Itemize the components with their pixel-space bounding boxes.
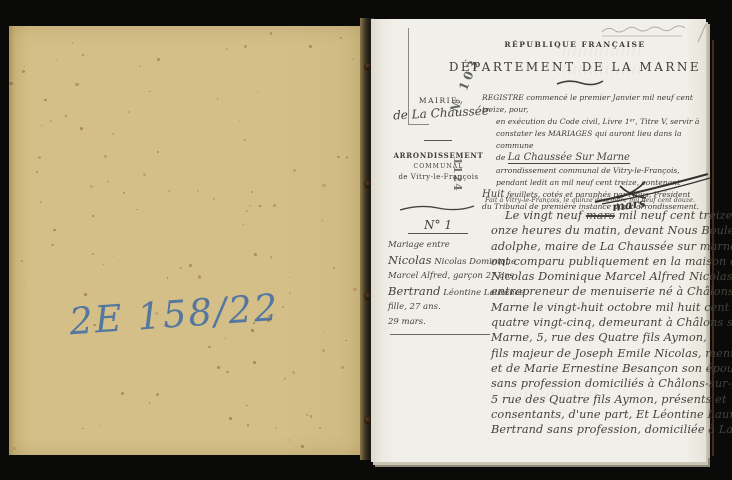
manuscript-line: onze heures du matin, devant Nous Boulet [491,223,723,238]
paper-speck [25,286,26,287]
paper-speck [224,338,225,339]
registre-line: constater les MARIAGES qui auront lieu d… [482,128,714,152]
paper-speck [275,427,277,429]
paper-speck [121,392,124,395]
paper-speck [38,156,41,159]
paper-speck [243,139,245,141]
paper-speck [341,366,344,369]
paper-speck [259,205,261,207]
paper-speck [128,111,130,113]
manuscript-line: fils majeur de Joseph Emile Nicolas, men… [491,346,723,361]
manuscript-line: sans profession domiciliés à Châlons-sur… [491,376,723,391]
paper-speck [99,425,100,426]
paper-speck [36,171,38,173]
paper-speck [157,151,159,153]
paper-speck [53,229,55,231]
paper-speck [104,155,107,158]
paper-speck [288,439,290,441]
paper-speck [157,58,160,61]
stitch-hole [364,62,371,70]
registre-printed-de: de [496,153,505,162]
manuscript-line: entrepreneur de menuiserie né à Châlons-… [491,284,723,299]
paper-speck [75,83,78,86]
paper-speck [156,393,159,396]
paper-speck [208,346,210,348]
paper-speck [65,115,67,117]
paper-speck [346,156,349,159]
paper-speck [84,293,86,295]
paper-speck [136,209,137,210]
paper-speck [24,66,25,67]
paper-speck [50,120,52,122]
paper-speck [322,184,325,187]
margin-note-line: Bertrand Léontine Laurence [388,284,496,301]
registre-line: REGISTRE commencé le premier Janvier mil… [482,92,714,116]
paper-speck [270,32,272,34]
margin-bottom-rule [390,334,490,335]
paper-speck [244,45,247,48]
paper-speck [340,37,343,40]
paper-speck [135,172,136,173]
paper-speck [92,215,93,216]
manuscript-line: Nicolas Dominique Marcel Alfred Nicolas, [491,269,723,284]
paper-speck [198,275,201,278]
paper-speck [168,190,170,192]
paper-speck [72,42,73,43]
paper-speck [205,301,208,304]
stitch-hole [364,180,371,188]
margin-note-line: Nicolas Nicolas Dominique [388,253,496,270]
paper-speck [306,414,308,416]
paper-speck [251,329,254,332]
arrondissement-value: de Vitry-le-François [386,173,491,181]
register-cover: 2E 158/22 [9,26,360,455]
paper-speck [92,253,94,255]
paper-speck [226,48,228,50]
manuscript-line: ont comparu publiquement en la maison co… [491,254,723,269]
scanned-register-photo: 2E 158/22 ⌇⌇⌇⌇⌇⌇⌇⌇⌇⌇⌇⌇⌇⌇⌇ ⌇⌇⌇⌇⌇⌇⌇⌇⌇⌇⌇⌇⌇⌇… [0,0,732,480]
paper-speck [213,198,215,200]
paper-speck [319,427,321,429]
paper-speck [229,417,232,420]
paper-speck [40,201,43,204]
paper-speck [180,267,182,269]
manuscript-line: quatre vingt-cinq, demeurant à Châlons s… [491,315,723,330]
paper-speck [80,127,83,130]
header-divider-swash [555,80,605,86]
paper-speck [289,277,290,278]
paper-speck [90,185,93,188]
paper-speck [82,54,84,56]
manuscript-line: consentants, d'une part, Et Léontine Lau… [491,407,723,422]
paper-speck [107,181,109,183]
paper-speck [254,253,257,256]
manuscript-line: adolphe, maire de La Chaussée sur marne [491,239,723,254]
paper-speck [217,366,220,369]
paper-speck [292,371,295,374]
manuscript-line: et de Marie Ernestine Besançon son épous… [491,361,723,376]
archive-call-number: 2E 158/22 [68,284,310,344]
paper-speck [301,445,304,448]
paper-speck [22,70,25,73]
paper-speck [337,156,339,158]
margin-note-line: Mariage entre [388,238,496,253]
communal-label: COMMUNAL [386,163,491,170]
republic-heading: RÉPUBLIQUE FRANÇAISE [440,40,710,49]
paper-speck [284,377,286,379]
paper-speck [222,124,223,125]
paper-speck [171,263,172,264]
paper-speck [197,190,199,192]
act-number: N° 1 [408,218,468,234]
paper-speck [167,277,168,278]
margin-divider [424,140,452,141]
registre-line: en exécution du Code civil, Livre 1ᵉʳ, T… [482,116,714,128]
paper-speck [239,120,241,122]
paper-speck [242,224,244,226]
manuscript-line: Le vingt neuf mars mil neuf cent treize, [491,208,723,223]
paper-speck [103,264,104,265]
paper-speck [249,205,251,207]
paper-speck [13,447,16,450]
paper-speck [108,198,109,199]
paper-speck [253,322,255,324]
paper-speck [246,210,248,212]
paper-speck [21,260,23,262]
paper-speck [268,315,271,318]
paper-speck [251,191,253,193]
stitch-hole [364,416,371,424]
paper-speck [282,306,284,308]
paper-speck [247,424,249,426]
paper-speck [293,169,296,172]
paper-speck [257,92,258,93]
paper-speck [44,99,47,102]
paper-speck [353,288,356,291]
ink-flourish [590,172,715,206]
paper-speck [246,405,247,406]
manuscript-line: Marne le vingt-huit octobre mil huit cen… [491,300,723,315]
paper-speck [273,204,276,207]
margin-note-line: 29 mars. [388,315,496,330]
paper-speck [324,331,325,332]
paper-speck [112,256,113,257]
manuscript-line: Bertrand sans profession, domiciliée à L… [491,422,723,437]
margin-note-line: fille, 27 ans. [388,300,496,315]
paper-speck [322,220,324,222]
paper-speck [309,45,312,48]
manuscript-line: 5 rue des Quatre fils Aymon, présents et [491,392,723,407]
paper-speck [123,192,125,194]
paper-speck [270,346,271,347]
commune-handwritten: La Chaussée Sur Marne [508,152,630,164]
registre-line: de La Chaussée Sur Marne [482,152,714,164]
paper-speck [56,60,57,61]
paper-speck [345,340,347,342]
paper-speck [333,267,335,269]
stitch-hole [364,292,371,300]
paper-speck [41,125,43,127]
paper-speck [149,402,151,404]
paper-speck [112,133,114,135]
paper-speck [217,98,219,100]
paper-speck [149,91,150,92]
paper-speck [310,415,313,418]
paper-speck [352,58,354,60]
paper-speck [226,371,228,373]
margin-divider-swash [398,205,476,213]
paper-speck [189,264,192,267]
margin-note-line: Marcel Alfred, garçon 27 ans [388,269,496,284]
paper-speck [9,82,12,85]
paper-speck [270,256,273,259]
margin-notes: Mariage entreNicolas Nicolas DominiqueMa… [388,238,496,329]
arrondissement-label: ARRONDISSEMENT [386,151,491,160]
paper-speck [253,361,256,364]
act-body-text: Le vingt neuf mars mil neuf cent treize,… [491,208,723,437]
paper-speck [143,173,146,176]
manuscript-line: Marne, 5, rue des Quatre fils Aymon, [491,330,723,345]
paper-speck [139,65,141,67]
paper-speck [322,349,325,352]
paper-speck [82,428,83,429]
paper-speck [327,149,328,150]
paper-speck [51,244,54,247]
